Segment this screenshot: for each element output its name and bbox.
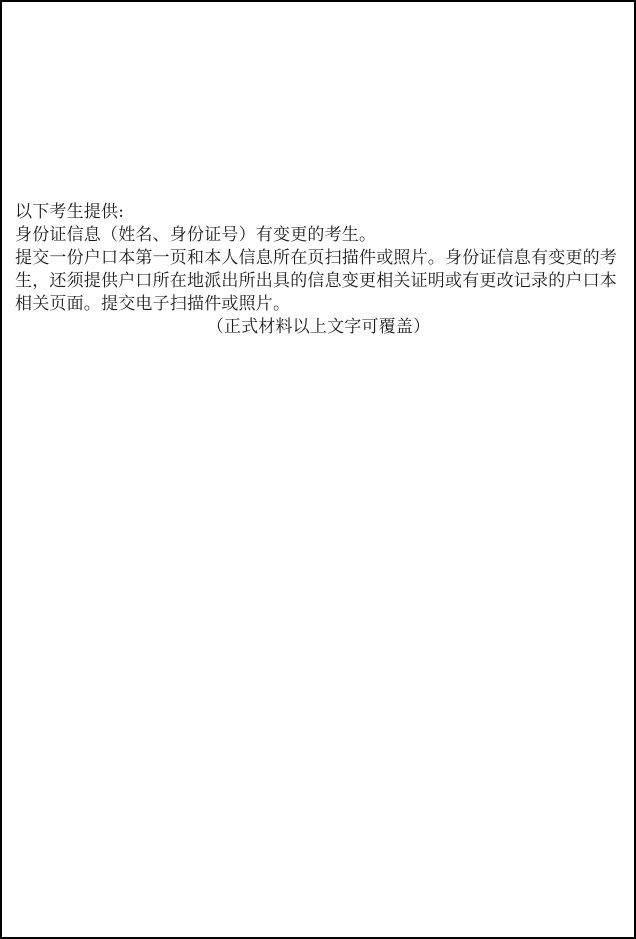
document-text-block: 以下考生提供: 身份证信息（姓名、身份证号）有变更的考生。 提交一份户口本第一页…: [15, 201, 622, 339]
cover-note-line: （正式材料以上文字可覆盖）: [15, 316, 622, 339]
document-page: 以下考生提供: 身份证信息（姓名、身份证号）有变更的考生。 提交一份户口本第一页…: [0, 0, 636, 939]
intro-line: 以下考生提供:: [15, 201, 622, 224]
instructions-paragraph: 提交一份户口本第一页和本人信息所在页扫描件或照片。身份证信息有变更的考生，还须提…: [15, 247, 622, 316]
eligibility-line: 身份证信息（姓名、身份证号）有变更的考生。: [15, 224, 622, 247]
